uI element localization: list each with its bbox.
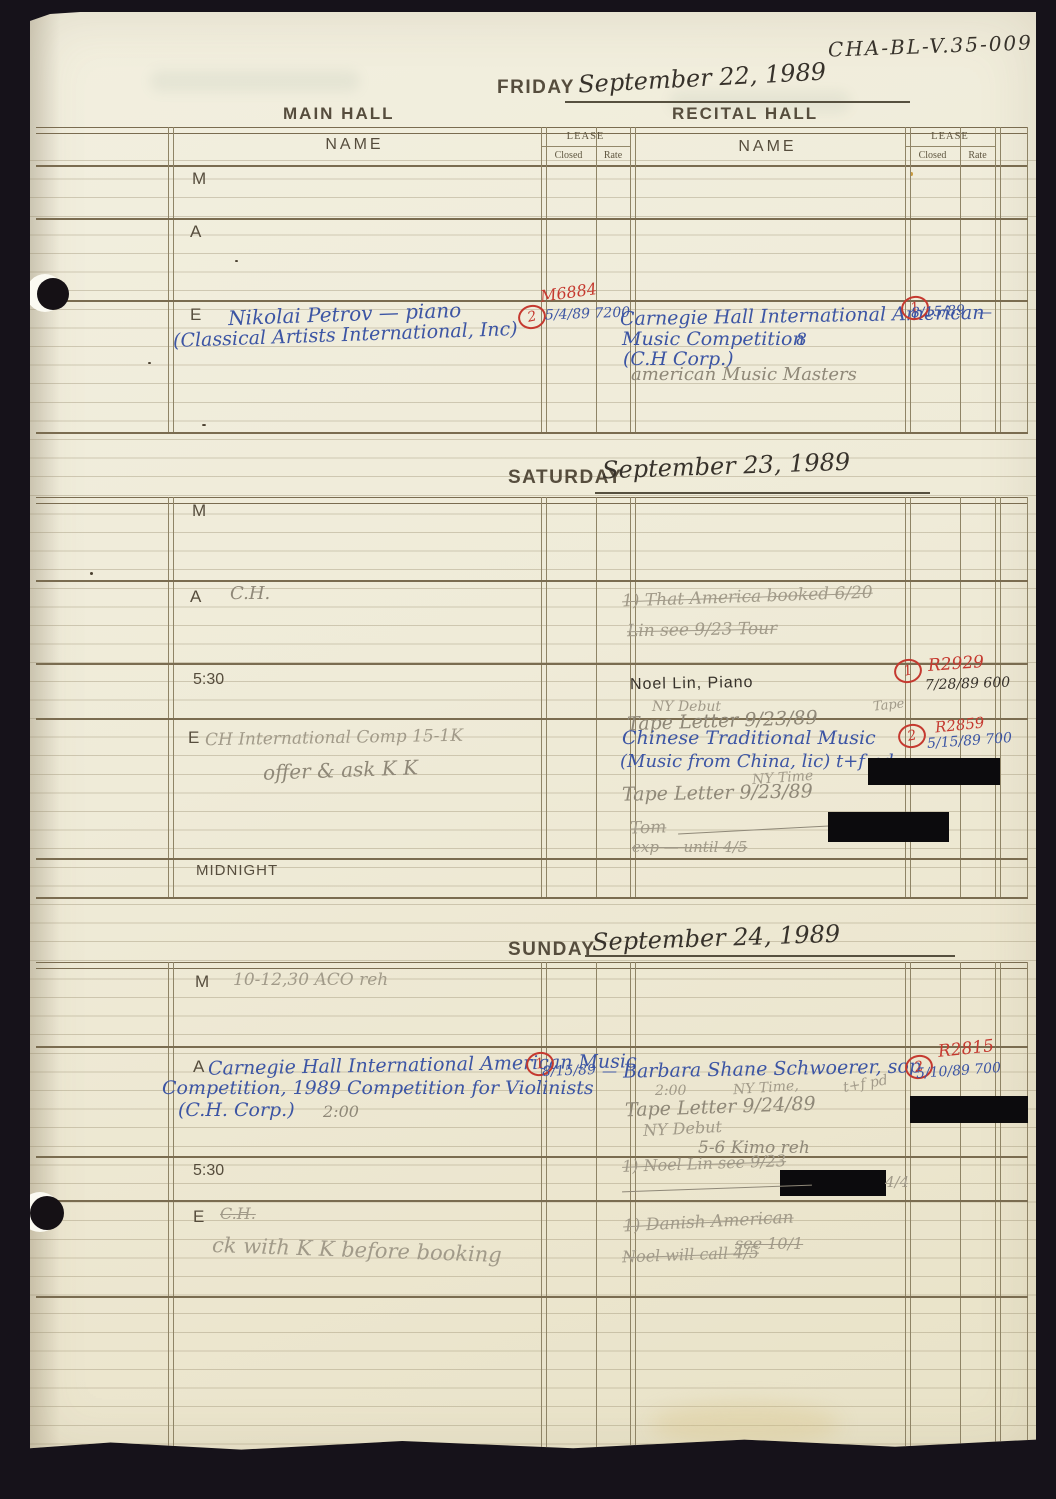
rate-col-recital: Rate [960,151,995,161]
grid-line [1027,127,1028,432]
row-label-530: 5:30 [193,672,224,688]
pencil-note: 10-12,30 ACO reh [233,972,388,989]
redaction-box [780,1170,886,1196]
grid-line [168,127,174,432]
hole-punch [37,278,69,310]
crossed-out-note: exp — until 4/5 [632,840,747,855]
pencil-note: 2:00 [655,1084,686,1098]
handwritten-entry: 8 [796,332,807,349]
grid-line [36,497,1028,504]
date-underline [565,101,910,103]
grid-line [36,218,1028,220]
row-label-e: E [190,306,201,323]
speck [202,424,206,426]
grid-line [960,127,961,432]
row-label-a: A [190,588,201,605]
grid-line [541,146,630,147]
recital-hall-heading: RECITAL HALL [672,105,818,122]
grid-line [36,165,1028,167]
grid-line [541,497,547,897]
row-label-a: A [193,1058,204,1075]
lease-entry: — [602,1064,617,1079]
grid-line [905,962,911,1450]
handwritten-entry: (Music from China, lic) t+f pd [620,753,894,771]
row-label-e: E [193,1208,204,1225]
grid-line [1027,497,1028,897]
speck [90,572,93,575]
paper-stain [650,1402,840,1448]
closed-col-main: Closed [541,151,596,161]
grid-line [630,127,636,432]
handwritten-entry: Chinese Traditional Music [622,729,876,748]
grid-line [36,1296,1028,1298]
friday-label: FRIDAY [497,78,575,97]
speck [148,362,151,364]
grid-line [36,1046,1028,1048]
grid-line [36,858,1028,860]
crossed-out-note: Noel will call 4/5 [622,1245,759,1266]
scanned-ledger-page: CHA-BL-V.35-009 FRIDAY September 22, 198… [0,0,1056,1499]
name-col-recital: NAME [630,139,905,155]
grid-line [630,962,636,1450]
lease-entry: 5/4/89 7200 [545,306,631,323]
crossed-out-note: Tom [630,819,667,837]
row-label-midnight: MIDNIGHT [196,863,278,878]
pencil-note: american Music Masters [631,366,857,384]
handwritten-entry: (C.H. Corp.) [178,1101,295,1120]
handwritten-entry: Music Competition [622,330,805,349]
grid-line [36,897,1028,899]
pencil-note: CH International Comp 15-1K [205,728,463,749]
row-label-m: M [192,502,206,519]
crossed-out-note: C.H. [220,1206,256,1222]
friday-date: September 22, 1989 [578,60,827,97]
pencil-note: Tape [872,697,905,713]
date-underline [585,955,955,957]
row-label-m: M [192,170,206,187]
lease-entry: — [977,305,992,320]
handwritten-entry: Competition, 1989 Competition for Violin… [162,1079,594,1098]
grid-line [960,497,961,897]
grid-line [36,1200,1028,1202]
grid-line [36,663,1028,665]
ruled-lines [30,160,1036,1452]
grid-line [36,580,1028,582]
grid-line [36,1156,1028,1158]
grid-line [596,127,597,432]
show-through-ghost [150,70,360,92]
lease-entry: 8/15/89 [911,304,966,321]
grid-line [905,127,911,432]
lease-entry: 8/15/89 [542,1063,596,1079]
lease-col-main: LEASE [541,132,630,143]
main-hall-heading: MAIN HALL [283,105,394,122]
grid-line [995,962,1001,1450]
grid-line [541,127,547,432]
handwritten-ref: R2929 [927,654,984,675]
date-underline [595,492,930,494]
row-label-530: 5:30 [193,1163,224,1179]
grid-line [995,497,1001,897]
pencil-note: 2:00 [323,1104,359,1120]
catalog-number: CHA-BL-V.35-009 [828,32,1033,59]
lease-entry: 7/28/89 600 [925,676,1011,693]
grid-line [168,497,174,897]
paper: CHA-BL-V.35-009 FRIDAY September 22, 198… [30,12,1036,1454]
grid-line [1027,962,1028,1450]
sunday-label: SUNDAY [508,940,596,959]
lease-col-recital: LEASE [905,132,995,143]
redaction-box [910,1096,1028,1123]
pencil-note: offer & ask K K [263,757,419,782]
speck [235,260,238,262]
rate-col-main: Rate [596,151,630,161]
pencil-note: 4/4 [885,1175,909,1190]
redaction-box [828,812,949,842]
grid-line [995,127,1001,432]
grid-line [596,497,597,897]
grid-line [36,300,1028,302]
handwritten-entry: Noel Lin, Piano [630,675,754,693]
grid-line [596,962,597,1450]
row-label-e: E [188,729,199,746]
grid-line [541,962,547,1450]
hole-punch [30,1196,64,1230]
grid-line [905,146,995,147]
redaction-box [868,758,1000,785]
name-col-main: NAME [168,137,541,153]
grid-line [36,432,1028,434]
grid-line [960,962,961,1450]
grid-line [168,962,174,1450]
grid-line [36,127,1028,134]
grid-line [36,962,1028,969]
grid-line [36,718,1028,720]
pencil-note: Tape Letter 9/23/89 [622,782,813,804]
crossed-out-note: Lin see 9/23 Tour [627,621,778,641]
closed-col-recital: Closed [905,151,960,161]
pencil-note: C.H. [230,585,270,603]
row-label-a: A [190,223,201,240]
row-label-m: M [195,973,209,990]
pencil-note: NY Debut [643,1119,723,1139]
